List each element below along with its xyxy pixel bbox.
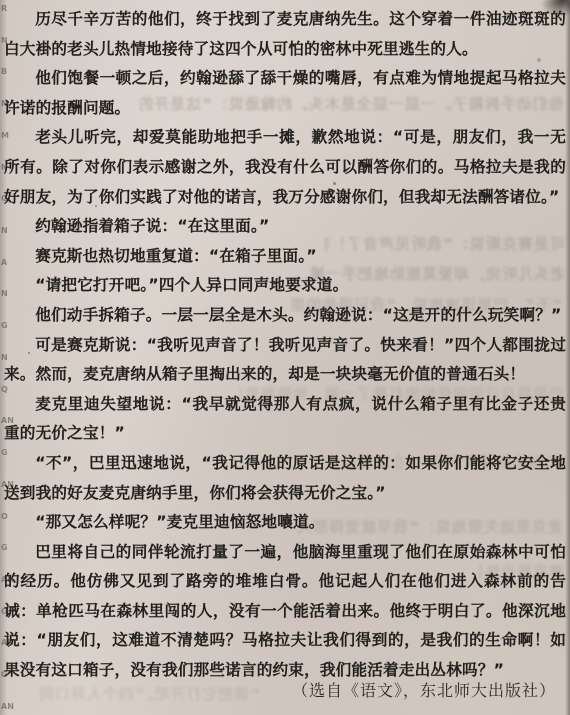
story-text: 历尽千辛万苦的他们，终于找到了麦克唐纳先生。这个穿着一件油迹斑斑的白大褂的老头儿… (4, 5, 566, 686)
paragraph: 约翰逊指着箱子说：“在这里面。” (4, 212, 566, 242)
paragraph: “请把它打开吧。”四个人异口同声地要求道。 (4, 271, 566, 301)
paragraph: 老头儿听完，却爱莫能助地把手一摊，歉然地说：“可是，朋友们，我一无所有。除了对你… (4, 123, 566, 212)
paragraph: “不”，巴里迅速地说，“我记得他的原话是这样的：如果你们能将它安全地送到我的好友… (4, 449, 566, 508)
scanned-page: 他们动手拆箱子。一层一层全是木头。约翰逊说：“这是开的什么玩笑啊？” 可是赛克斯… (0, 0, 570, 715)
paragraph: 历尽千辛万苦的他们，终于找到了麦克唐纳先生。这个穿着一件油迹斑斑的白大褂的老头儿… (4, 5, 566, 64)
paragraph: “那又怎么样呢？”麦克里迪恼怒地嚷道。 (4, 508, 566, 538)
paragraph: 他们饱餐一顿之后，约翰逊舔了舔干燥的嘴唇，有点难为情地提起马格拉夫许诺的报酬问题… (4, 64, 566, 123)
paragraph: 可是赛克斯说：“我听见声音了！我听见声音了。快来看！”四个人都围拢过来。然而，麦… (4, 331, 566, 390)
paragraph: 巴里将自己的同伴轮流打量了一遍，他脑海里重现了他们在原始森林中可怕的经历。他仿佛… (4, 538, 566, 686)
paragraph: 麦克里迪失望地说：“我早就觉得那人有点疯，说什么箱子里有比金子还贵重的无价之宝！… (4, 390, 566, 449)
source-attribution: （选自《语文》，东北师大出版社） (292, 678, 556, 701)
page-edge-shadow-right (565, 0, 570, 715)
paragraph: 他们动手拆箱子。一层一层全是木头。约翰逊说：“这是开的什么玩笑啊？” (4, 301, 566, 331)
margin-letter: AN (1, 702, 14, 711)
paragraph: 赛克斯也热切地重复道：“在箱子里面。” (4, 242, 566, 272)
